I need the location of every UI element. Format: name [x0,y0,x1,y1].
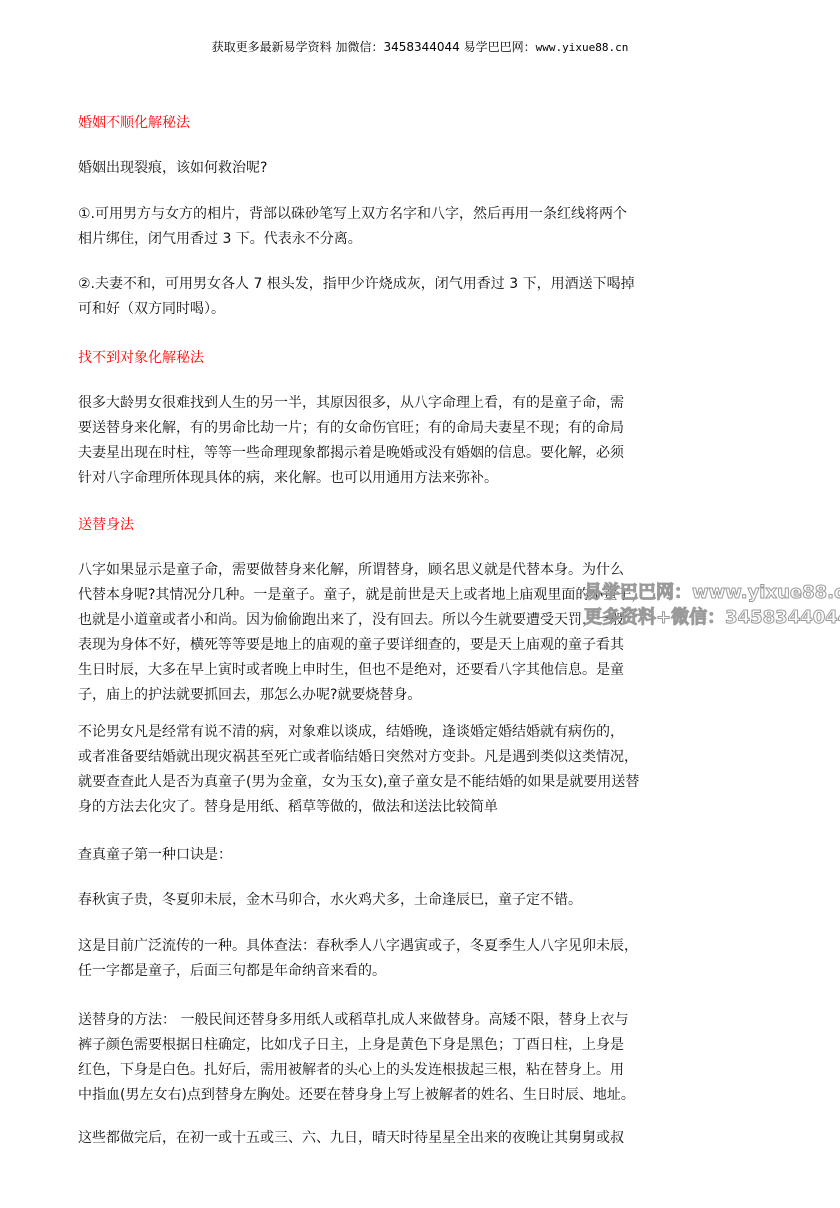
page-header: 获取更多最新易学资料 加微信：3458344044 易学巴巴网：www.yixu… [0,38,840,55]
text-line: 中指血(男左女右)点到替身左胸处。还要在替身身上写上被解者的姓名、生日时辰、地址… [78,1083,718,1108]
header-text: 获取更多最新易学资料 加微信：3458344044 易学巴巴网： [212,40,536,54]
paragraph: 这些都做完后，在初一或十五或三、六、九日，晴天时待星星全出来的夜晚让其舅舅或叔 [78,1126,718,1151]
text-line: 春秋寅子贵，冬夏卯未辰，金木马卯合，水火鸡犬多，土命逢辰巳，童子定不错。 [78,888,718,913]
text-line: 查真童子第一种口诀是： [78,843,718,868]
text-line: 相片绑住，闭气用香过 3 下。代表永不分离。 [78,227,718,252]
text-line: ①.可用男方与女方的相片，背部以硃砂笔写上双方名字和八字，然后再用一条红线将两个 [78,202,718,227]
watermark-line-2: 更多资料+微信：3458344044 [584,603,840,629]
section-heading: 婚姻不顺化解秘法 [78,112,190,132]
paragraph: 不论男女凡是经常有说不清的病，对象难以谈成，结婚晚，逢谈婚定婚结婚就有病伤的， … [78,720,718,820]
text-line: 要送替身来化解，有的男命比劫一片；有的女命伤官旺；有的命局夫妻星不现；有的命局 [78,416,718,441]
text-line: 表现为身体不好，横死等等要是地上的庙观的童子要详细查的，要是天上庙观的童子看其 [78,633,718,658]
paragraph: 送替身的方法： 一般民间还替身多用纸人或稻草扎成人来做替身。高矮不限，替身上衣与… [78,1008,718,1108]
paragraph: ②.夫妻不和，可用男女各人 7 根头发，指甲少许烧成灰，闭气用香过 3 下，用酒… [78,272,718,322]
text-line: 身的方法去化灾了。替身是用纸、稻草等做的，做法和送法比较简单 [78,795,718,820]
text-line: 就要查查此人是否为真童子(男为金童，女为玉女),童子童女是不能结婚的如果是就要用… [78,770,718,795]
paragraph: 春秋寅子贵，冬夏卯未辰，金木马卯合，水火鸡犬多，土命逢辰巳，童子定不错。 [78,888,718,913]
watermark-line-1: 易学巴巴网：www.yixue88.cn [584,578,840,604]
text-line: 针对八字命理所体现具体的病，来化解。也可以用通用方法来弥补。 [78,466,718,491]
section-heading: 找不到对象化解秘法 [78,347,204,367]
text-line: 任一字都是童子，后面三句都是年命纳音来看的。 [78,959,718,984]
paragraph: 很多大龄男女很难找到人生的另一半，其原因很多，从八字命理上看，有的是童子命，需 … [78,391,718,491]
text-line: 红色，下身是白色。扎好后，需用被解者的头心上的头发连根拔起三根，粘在替身上。用 [78,1058,718,1083]
text-line: 夫妻星出现在时柱，等等一些命理现象都揭示着是晚婚或没有婚姻的信息。要化解，必须 [78,441,718,466]
text-line: 这是目前广泛流传的一种。具体查法：春秋季人八字遇寅或子，冬夏季生人八字见卯未辰， [78,934,718,959]
paragraph: 婚姻出现裂痕，该如何救治呢? [78,156,718,181]
paragraph: ①.可用男方与女方的相片，背部以硃砂笔写上双方名字和八字，然后再用一条红线将两个… [78,202,718,252]
text-line: 生日时辰，大多在早上寅时或者晚上申时生，但也不是绝对，还要看八字其他信息。是童 [78,658,718,683]
text-line: 这些都做完后，在初一或十五或三、六、九日，晴天时待星星全出来的夜晚让其舅舅或叔 [78,1126,718,1151]
text-line: 裤子颜色需要根据日柱确定，比如戊子日主，上身是黄色下身是黑色；丁酉日柱，上身是 [78,1033,718,1058]
text-line: 很多大龄男女很难找到人生的另一半，其原因很多，从八字命理上看，有的是童子命，需 [78,391,718,416]
paragraph: 查真童子第一种口诀是： [78,843,718,868]
text-line: 可和好（双方同时喝）。 [78,297,718,322]
text-line: 送替身的方法： 一般民间还替身多用纸人或稻草扎成人来做替身。高矮不限，替身上衣与 [78,1008,718,1033]
text-line: 不论男女凡是经常有说不清的病，对象难以谈成，结婚晚，逢谈婚定婚结婚就有病伤的， [78,720,718,745]
text-line: 婚姻出现裂痕，该如何救治呢? [78,156,718,181]
text-line: 子，庙上的护法就要抓回去，那怎么办呢?就要烧替身。 [78,683,718,708]
text-line: 或者准备要结婚就出现灾祸甚至死亡或者临结婚日突然对方变卦。凡是遇到类似这类情况， [78,745,718,770]
header-url: www.yixue88.cn [536,41,629,54]
section-heading: 送替身法 [78,514,134,534]
text-line: ②.夫妻不和，可用男女各人 7 根头发，指甲少许烧成灰，闭气用香过 3 下，用酒… [78,272,718,297]
paragraph: 这是目前广泛流传的一种。具体查法：春秋季人八字遇寅或子，冬夏季生人八字见卯未辰，… [78,934,718,984]
